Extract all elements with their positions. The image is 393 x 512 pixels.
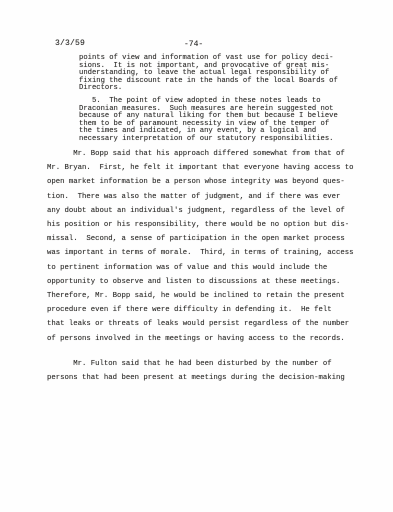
- text-line: Therefore, Mr. Bopp said, he would be in…: [47, 289, 354, 303]
- text-line: persons that had been present at meeting…: [47, 371, 345, 385]
- blockquote-excerpt-part1: points of view and information of vast u…: [79, 55, 338, 93]
- scanned-document-page: 3/3/59 -74- points of view and informati…: [0, 0, 393, 512]
- page-number: -74-: [184, 40, 203, 49]
- text-line: his position or his responsibility, ther…: [47, 218, 354, 232]
- blockquote-excerpt-part2: 5. The point of view adopted in these no…: [79, 98, 338, 144]
- body-paragraph-bopp: Mr. Bopp said that his approach differed…: [47, 147, 354, 346]
- document-date: 3/3/59: [55, 39, 85, 48]
- text-line: Mr. Fulton said that he had been disturb…: [47, 357, 345, 371]
- text-line: that leaks or threats of leaks would per…: [47, 317, 354, 331]
- text-line: Mr. Bryan. First, he felt it important t…: [47, 161, 354, 175]
- text-line: procedure even if there were difficulty …: [47, 303, 354, 317]
- text-line: was important in terms of morale. Third,…: [47, 246, 354, 260]
- text-line: Mr. Bopp said that his approach differed…: [47, 147, 354, 161]
- text-line: necessary interpretation of our statutor…: [79, 136, 338, 144]
- text-line: of persons involved in the meetings or h…: [47, 332, 354, 346]
- text-line: open market information be a person whos…: [47, 175, 354, 189]
- text-line: to pertinent information was of value an…: [47, 261, 354, 275]
- text-line: tion. There was also the matter of judgm…: [47, 190, 354, 204]
- text-line: Directors.: [79, 85, 338, 93]
- text-line: any doubt about an individual's judgment…: [47, 204, 354, 218]
- text-line: opportunity to observe and listen to dis…: [47, 275, 354, 289]
- text-line: missal. Second, a sense of participation…: [47, 232, 354, 246]
- body-paragraph-fulton: Mr. Fulton said that he had been disturb…: [47, 357, 345, 385]
